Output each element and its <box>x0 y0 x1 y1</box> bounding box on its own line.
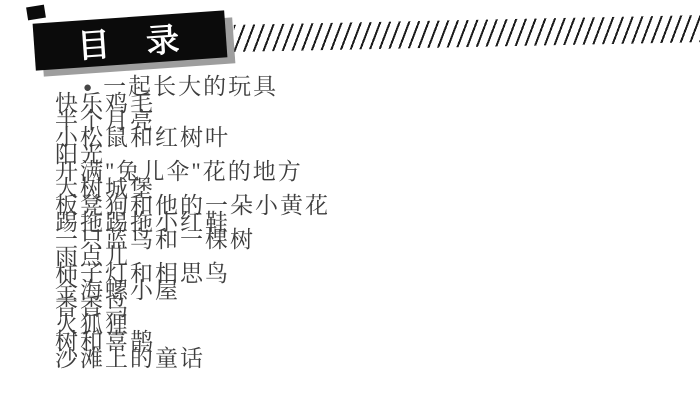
toc-page: 目 录 ●一起长大的玩具 快乐鸡毛 半个月亮 小松鼠和红树叶 阳光 开满"兔儿伞… <box>0 0 700 400</box>
toc-item: 小松鼠和红树叶 <box>55 129 615 146</box>
toc-list: ●一起长大的玩具 快乐鸡毛 半个月亮 小松鼠和红树叶 阳光 开满"兔儿伞"花的地… <box>55 78 615 367</box>
hatch-stripes-decoration <box>234 15 700 52</box>
toc-item: 金海螺小屋 <box>55 282 615 299</box>
banner-ribbon-corner <box>26 5 46 21</box>
toc-item: 沙滩上的童话 <box>55 350 615 367</box>
toc-item: 一只蓝鸟和一棵树 <box>55 231 615 248</box>
toc-banner-title: 目 录 <box>65 13 194 69</box>
